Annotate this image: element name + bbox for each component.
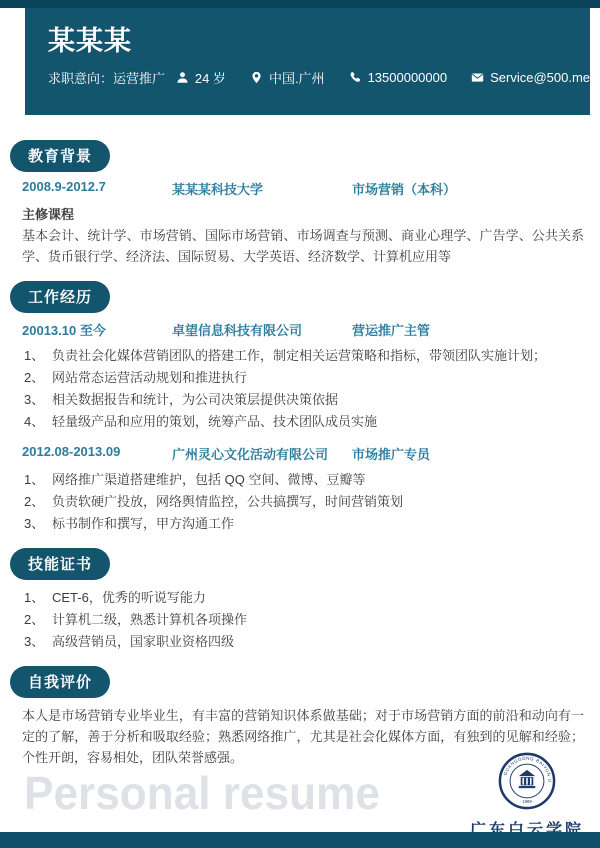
contact-email-text: Service@500.me <box>490 70 590 85</box>
skill-item: CET-6，优秀的听说写能力 <box>22 587 588 608</box>
education-major: 市场营销（本科） <box>352 179 456 198</box>
section-title-education: 教育背景 <box>10 140 110 172</box>
job-duty: 负责软硬广投放，网络舆情监控，公共搞撰写，时间营销策划 <box>22 491 588 512</box>
contact-email: Service@500.me <box>471 70 590 85</box>
contact-phone: 13500000000 <box>349 70 448 85</box>
job-company: 广州灵心文化活动有限公司 <box>172 444 352 463</box>
skill-item: 计算机二级，熟悉计算机各项操作 <box>22 609 588 630</box>
job-role: 营运推广主管 <box>352 320 430 339</box>
resume-body: 教育背景 2008.9-2012.7 某某某科技大学 市场营销（本科） 主修课程… <box>10 140 588 768</box>
education-summary-row: 2008.9-2012.7 某某某科技大学 市场营销（本科） <box>22 179 588 198</box>
header-info-row: 求职意向：运营推广 24 岁 中国.广州 13500000000 Service… <box>48 68 590 87</box>
skill-list: CET-6，优秀的听说写能力 计算机二级，熟悉计算机各项操作 高级营销员，国家职… <box>22 587 588 652</box>
job-summary-row: 20013.10 至今 卓望信息科技有限公司 营运推广主管 <box>22 320 588 339</box>
candidate-name: 某某某 <box>48 24 590 58</box>
contact-age-text: 24 岁 <box>195 68 226 87</box>
section-education: 教育背景 2008.9-2012.7 某某某科技大学 市场营销（本科） 主修课程… <box>10 140 588 267</box>
education-school: 某某某科技大学 <box>172 179 352 198</box>
job-duty: 网络推广渠道搭建维护，包括 QQ 空间、微博、豆瓣等 <box>22 469 588 490</box>
job-objective: 求职意向：运营推广 <box>48 68 176 87</box>
user-icon <box>176 71 189 84</box>
job-summary-row: 2012.08-2013.09 广州灵心文化活动有限公司 市场推广专员 <box>22 444 588 463</box>
job-period: 2012.08-2013.09 <box>22 444 172 463</box>
skill-item: 高级营销员，国家职业资格四级 <box>22 631 588 652</box>
job-period: 20013.10 至今 <box>22 320 172 339</box>
bottom-accent-bar <box>0 832 600 848</box>
course-list: 基本会计、统计学、市场营销、国际市场营销、市场调查与预测、商业心理学、广告学、公… <box>22 225 584 267</box>
contact-location: 中国.广州 <box>250 68 325 87</box>
job-duty: 相关数据报告和统计，为公司决策层提供决策依据 <box>22 389 588 410</box>
section-title-skills: 技能证书 <box>10 548 110 580</box>
job-role: 市场推广专员 <box>352 444 430 463</box>
section-title-experience: 工作经历 <box>10 281 110 313</box>
top-accent-strip <box>0 0 600 8</box>
job-duty: 负责社会化媒体营销团队的搭建工作，制定相关运营策略和指标，带领团队实施计划； <box>22 345 588 366</box>
resume-page: 某某某 求职意向：运营推广 24 岁 中国.广州 13500000000 <box>0 0 600 848</box>
seal-year: · 1989 · <box>520 799 535 804</box>
location-icon <box>250 71 263 84</box>
job-company: 卓望信息科技有限公司 <box>172 320 352 339</box>
education-period: 2008.9-2012.7 <box>22 179 172 198</box>
contact-list: 24 岁 中国.广州 13500000000 Service@500.me <box>176 68 590 87</box>
job-duty: 网站常态运营活动规划和推进执行 <box>22 367 588 388</box>
university-seal-icon: GUANGDONG BAIYUN UNIVERSITY · 1989 · <box>498 752 556 810</box>
job-duty: 轻量级产品和应用的策划，统筹产品、技术团队成员实施 <box>22 411 588 432</box>
section-title-evaluation: 自我评价 <box>10 666 110 698</box>
section-experience: 工作经历 20013.10 至今 卓望信息科技有限公司 营运推广主管 负责社会化… <box>10 281 588 534</box>
section-skills: 技能证书 CET-6，优秀的听说写能力 计算机二级，熟悉计算机各项操作 高级营销… <box>10 548 588 652</box>
email-icon <box>471 71 484 84</box>
job-duty-list: 负责社会化媒体营销团队的搭建工作，制定相关运营策略和指标，带领团队实施计划； 网… <box>22 345 588 432</box>
contact-location-text: 中国.广州 <box>269 68 325 87</box>
contact-age: 24 岁 <box>176 68 226 87</box>
job-duty-list: 网络推广渠道搭建维护，包括 QQ 空间、微博、豆瓣等 负责软硬广投放，网络舆情监… <box>22 469 588 534</box>
watermark-text: Personal resume <box>24 766 380 820</box>
contact-phone-text: 13500000000 <box>368 70 448 85</box>
course-label: 主修课程 <box>22 204 588 223</box>
job-duty: 标书制作和撰写，甲方沟通工作 <box>22 513 588 534</box>
phone-icon <box>349 71 362 84</box>
resume-header: 某某某 求职意向：运营推广 24 岁 中国.广州 13500000000 <box>25 8 590 115</box>
